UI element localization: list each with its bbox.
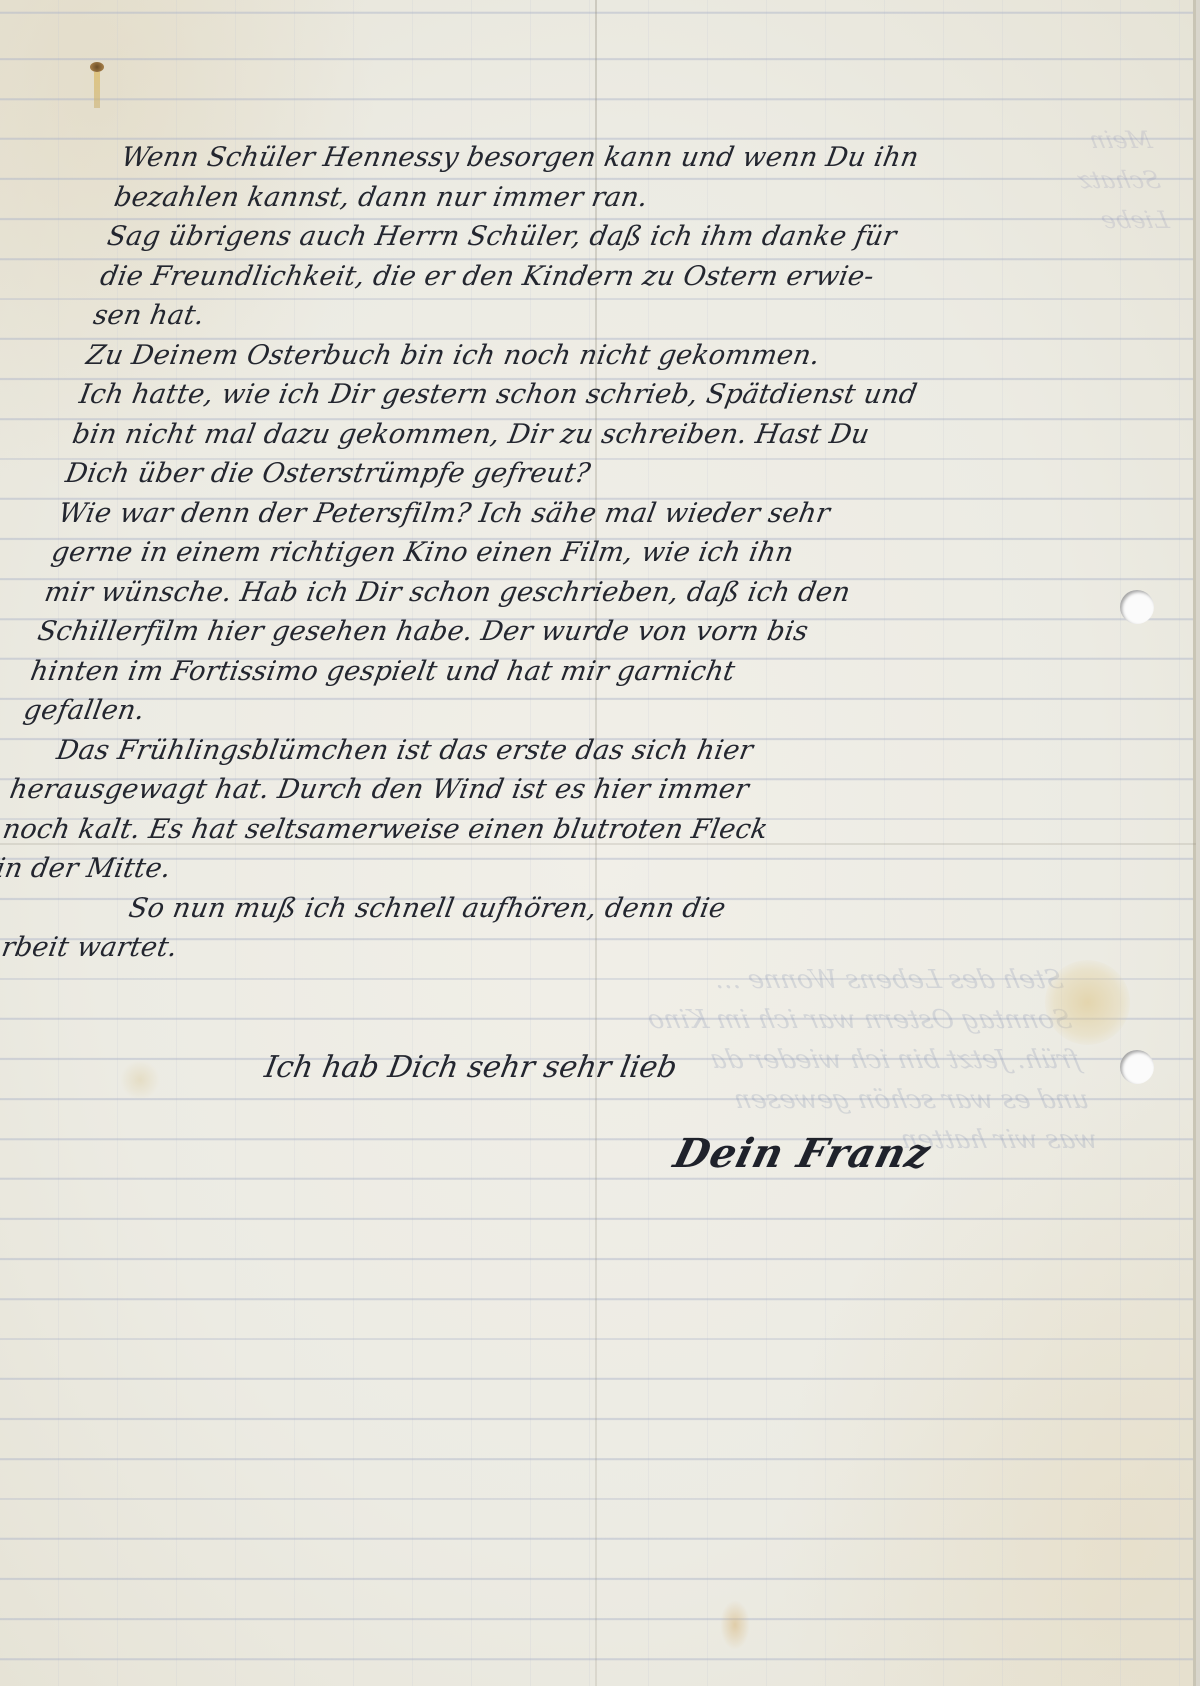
letter-line: Das Frühlingsblümchen ist das erste das … <box>14 731 1021 771</box>
punch-hole-icon <box>1120 590 1154 624</box>
letter-line: Wenn Schüler Hennessy besorgen kann und … <box>118 138 1125 178</box>
letter-page: Mein Schatz Liebe Steh des Lebens Wonne … <box>0 0 1196 1686</box>
letter-line: herausgewagt hat. Durch den Wind ist es … <box>7 770 1014 810</box>
letter-line: sen hat. <box>90 296 1097 336</box>
letter-line: bezahlen kannst, dann nur immer ran. <box>111 178 1118 218</box>
letter-line: bin nicht mal dazu gekommen, Dir zu schr… <box>69 415 1076 455</box>
stain-mark <box>1045 960 1130 1045</box>
letter-line: gerne in einem richtigen Kino einen Film… <box>48 533 1055 573</box>
letter-body: Wenn Schüler Hennessy besorgen kann und … <box>0 138 1125 968</box>
letter-line: noch kalt. Es hat seltsamerweise einen b… <box>0 810 1007 850</box>
letter-signature: Dein Franz <box>669 1130 936 1177</box>
staple-mark-icon <box>92 62 102 110</box>
letter-line: Schillerfilm hier gesehen habe. Der wurd… <box>34 612 1041 652</box>
letter-line: Zu Deinem Osterbuch bin ich noch nicht g… <box>83 336 1090 376</box>
stain-mark <box>720 1600 750 1650</box>
letter-closing: Ich hab Dich sehr sehr lieb <box>262 1050 680 1085</box>
letter-line: Sag übrigens auch Herrn Schüler, daß ich… <box>104 217 1111 257</box>
letter-line: Wie war denn der Petersfilm? Ich sähe ma… <box>55 494 1062 534</box>
letter-line: Ich hatte, wie ich Dir gestern schon sch… <box>76 375 1083 415</box>
letter-line: Arbeit wartet. <box>0 928 986 968</box>
stain-mark <box>120 1060 160 1100</box>
letter-line: So nun muß ich schnell aufhören, denn di… <box>0 889 993 929</box>
letter-line: Dich über die Osterstrümpfe gefreut? <box>62 454 1069 494</box>
letter-line: in der Mitte. <box>0 849 1000 889</box>
letter-line: gefallen. <box>21 691 1028 731</box>
letter-line: hinten im Fortissimo gespielt und hat mi… <box>27 652 1034 692</box>
letter-line: mir wünsche. Hab ich Dir schon geschrieb… <box>41 573 1048 613</box>
letter-line: die Freundlichkeit, die er den Kindern z… <box>97 257 1104 297</box>
punch-hole-icon <box>1120 1050 1154 1084</box>
